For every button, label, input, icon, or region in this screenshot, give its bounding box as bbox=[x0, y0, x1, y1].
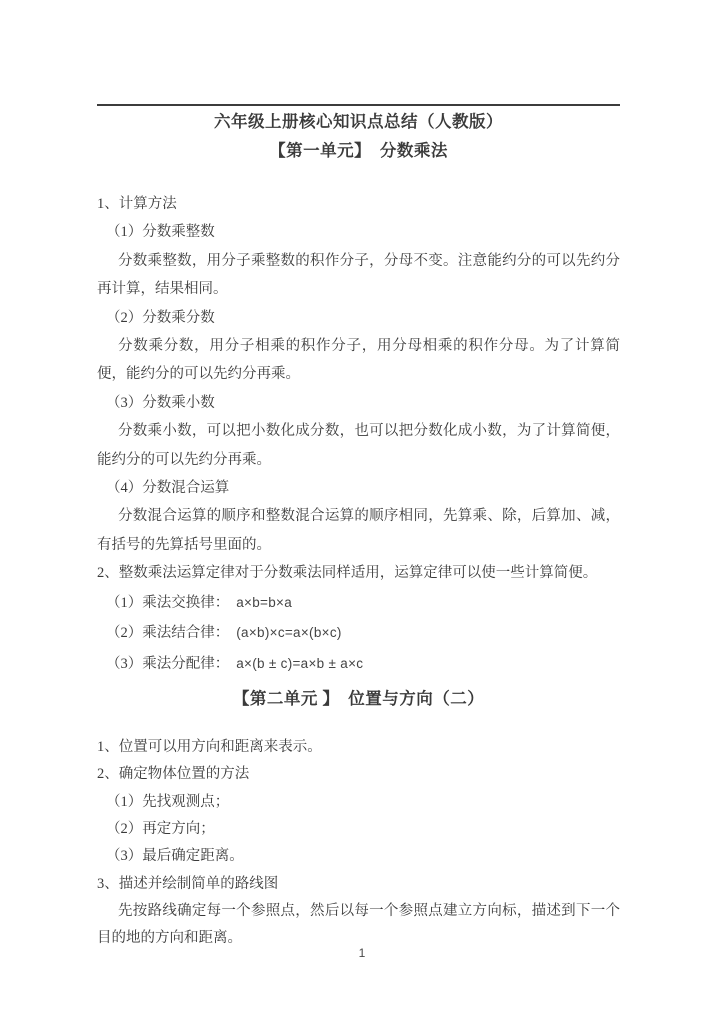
list-item: 2、整数乘法运算定律对于分数乘法同样适用，运算定律可以使一些计算简便。 bbox=[97, 559, 620, 587]
list-subitem: （1）分数乘整数 bbox=[97, 218, 620, 246]
section-2-heading: 【第二单元 】 位置与方向（二） bbox=[97, 688, 620, 710]
formula-expression: a×(b ± c)=a×b ± a×c bbox=[236, 656, 363, 671]
formula-item: （2）乘法结合律：(a×b)×c=a×(b×c) bbox=[97, 618, 620, 649]
paragraph: 分数乘分数，用分子相乘的积作分子，用分母相乘的积作分母。为了计算简便，能约分的可… bbox=[97, 332, 620, 389]
list-subitem: （3）最后确定距离。 bbox=[97, 843, 620, 870]
formula-label: （1）乘法交换律： bbox=[106, 595, 229, 611]
formula-label: （3）乘法分配律： bbox=[106, 656, 229, 672]
paragraph: 分数乘整数，用分子乘整数的积作分子，分母不变。注意能约分的可以先约分再计算，结果… bbox=[97, 247, 620, 304]
list-item: 1、计算方法 bbox=[97, 190, 620, 218]
paragraph: 分数乘小数，可以把小数化成分数，也可以把分数化成小数，为了计算简便，能约分的可以… bbox=[97, 417, 620, 474]
document-title: 六年级上册核心知识点总结（人教版） bbox=[97, 111, 620, 133]
list-subitem: （4）分数混合运算 bbox=[97, 474, 620, 502]
list-subitem: （1）先找观测点； bbox=[97, 789, 620, 816]
list-item: 2、确定物体位置的方法 bbox=[97, 761, 620, 788]
list-item: 3、描述并绘制简单的路线图 bbox=[97, 871, 620, 898]
formula-expression: (a×b)×c=a×(b×c) bbox=[236, 625, 341, 640]
formula-item: （1）乘法交换律：a×b=b×a bbox=[97, 588, 620, 619]
paragraph: 分数混合运算的顺序和整数混合运算的顺序相同，先算乘、除，后算加、减，有括号的先算… bbox=[97, 502, 620, 559]
section-2-body: 1、位置可以用方向和距离来表示。 2、确定物体位置的方法 （1）先找观测点； （… bbox=[97, 734, 620, 952]
formula-label: （2）乘法结合律： bbox=[106, 625, 229, 641]
section-1-heading: 【第一单元】 分数乘法 bbox=[97, 140, 620, 162]
document-page: 六年级上册核心知识点总结（人教版） 【第一单元】 分数乘法 1、计算方法 （1）… bbox=[0, 0, 724, 1024]
list-item: 1、位置可以用方向和距离来表示。 bbox=[97, 734, 620, 761]
formula-item: （3）乘法分配律：a×(b ± c)=a×b ± a×c bbox=[97, 649, 620, 680]
section-1-body: 1、计算方法 （1）分数乘整数 分数乘整数，用分子乘整数的积作分子，分母不变。注… bbox=[97, 190, 620, 679]
page-content: 六年级上册核心知识点总结（人教版） 【第一单元】 分数乘法 1、计算方法 （1）… bbox=[97, 0, 620, 953]
header-rule bbox=[97, 104, 620, 106]
list-subitem: （2）再定方向； bbox=[97, 816, 620, 843]
page-number: 1 bbox=[0, 946, 724, 960]
formula-expression: a×b=b×a bbox=[236, 595, 292, 610]
list-subitem: （2）分数乘分数 bbox=[97, 304, 620, 332]
list-subitem: （3）分数乘小数 bbox=[97, 389, 620, 417]
paragraph: 先按路线确定每一个参照点，然后以每一个参照点建立方向标，描述到下一个目的地的方向… bbox=[97, 898, 620, 953]
